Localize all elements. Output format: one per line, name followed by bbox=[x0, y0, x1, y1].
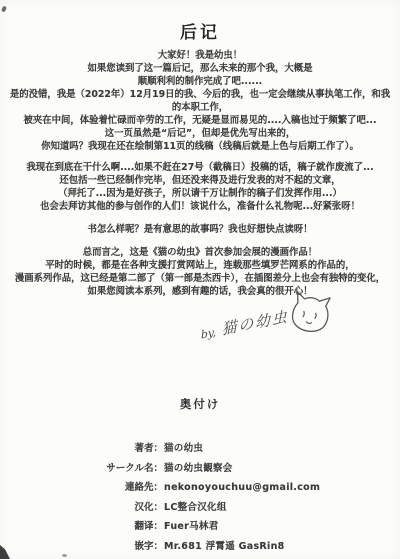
colophon-row-translator: 翻译： Fuer马林君 bbox=[0, 522, 400, 532]
afterword-line: 如果您阅读本系列，感到有趣的话，我会真的很开心！ bbox=[0, 285, 400, 298]
afterword-paragraph-4: 总而言之，这是《猫の幼虫》首次参加会展的漫画作品！ 平时的时候，都是在各种支援打… bbox=[0, 246, 400, 298]
afterword-line: 的本职工作， bbox=[0, 101, 400, 114]
afterword-line: 是的没错，我是（2022年）12月19日的我、今后的我，也一定会继续从事执笔工作… bbox=[0, 88, 400, 101]
afterword-line: 大家好！我是幼虫！ bbox=[0, 49, 400, 62]
afterword-paragraph-2: 我现在到底在干什么啊....如果不赶在27号（截稿日）投稿的话，稿子就作废流了.… bbox=[0, 161, 400, 213]
afterword-line: 我现在到底在干什么啊....如果不赶在27号（截稿日）投稿的话，稿子就作废流了.… bbox=[0, 161, 400, 174]
afterword-line: 总而言之，这是《猫の幼虫》首次参加会展的漫画作品！ bbox=[0, 246, 400, 259]
afterword-line: 如果您读到了这一篇后记，那么未来的那个我，大概是 bbox=[0, 62, 400, 75]
colophon-row-contact: 連絡先： nekonoyouchuu@gmail.com bbox=[0, 483, 400, 493]
afterword-paragraph-1: 大家好！我是幼虫！ 如果您读到了这一篇后记，那么未来的那个我，大概是 顺顺利利的… bbox=[0, 49, 400, 153]
colophon-title: 奥付け bbox=[0, 396, 400, 412]
colophon-value: LC整合汉化组 bbox=[164, 503, 227, 513]
colophon-row-author: 著者： 猫の幼虫 bbox=[0, 444, 400, 454]
colophon-value: Mr.681 浮霄遥 GasRin8 bbox=[164, 542, 285, 552]
colophon-row-typesetter: 嵌字： Mr.681 浮霄遥 GasRin8 bbox=[0, 542, 400, 552]
afterword-line: 还包括一些已经制作完毕，但还没来得及进行发表的对不起的文章， bbox=[0, 174, 400, 187]
signature: by,猫の幼虫 bbox=[0, 300, 400, 362]
afterword-line: 平时的时候，都是在各种支援打赏网站上，连载那些填罗芒网系的作品的， bbox=[0, 259, 400, 272]
afterword-line: 书怎么样呢？是有意思的故事吗？我也好想快点读呀！ bbox=[0, 223, 400, 236]
colophon-label: 嵌字： bbox=[0, 542, 163, 552]
afterword-line: 你知道吗？我现在还在绘制第11页的线稿（线稿后就是上色与后期工作了）。 bbox=[0, 140, 400, 153]
afterword-line: （拜托了...因为是好孩子，所以请千万让制作的稿子们发挥作用...） bbox=[0, 187, 400, 200]
scan-artifact-bottom bbox=[62, 554, 67, 557]
afterword-paragraph-3: 书怎么样呢？是有意思的故事吗？我也好想快点读呀！ bbox=[0, 223, 400, 236]
afterword-line: 被夹在中间，体验着忙碌而辛劳的工作，无疑是显而易见的....入稿也过于频繁了吧.… bbox=[0, 114, 400, 127]
colophon-row-circle: サークル名： 猫の幼虫観察会 bbox=[0, 464, 400, 474]
colophon-label: 汉化： bbox=[0, 503, 163, 513]
afterword-page: 后记 大家好！我是幼虫！ 如果您读到了这一篇后记，那么未来的那个我，大概是 顺顺… bbox=[0, 0, 400, 559]
colophon-value: Fuer马林君 bbox=[164, 522, 219, 532]
afterword-line: 漫画系列作品，这已经是第二部了（第一部是杰西卡），在插图差分上也会有独特的变化， bbox=[0, 272, 400, 285]
colophon-label: 連絡先： bbox=[0, 483, 163, 493]
signature-by: by, bbox=[201, 326, 217, 342]
signature-text: by,猫の幼虫 bbox=[200, 305, 289, 343]
colophon-value: 猫の幼虫観察会 bbox=[164, 464, 233, 474]
colophon-label: 翻译： bbox=[0, 522, 163, 532]
colophon-value: 猫の幼虫 bbox=[164, 444, 203, 454]
colophon-value-email: nekonoyouchuu@gmail.com bbox=[164, 483, 320, 493]
colophon-credits: 著者： 猫の幼虫 サークル名： 猫の幼虫観察会 連絡先： nekonoyouch… bbox=[0, 444, 400, 552]
signature-name: 猫の幼虫 bbox=[221, 307, 289, 338]
afterword-line: 这一页虽然是“后记”，但却是优先写出来的， bbox=[0, 127, 400, 140]
colophon-row-scanlation-group: 汉化： LC整合汉化组 bbox=[0, 503, 400, 513]
afterword-line: 也会去拜访其他的参与创作的人们！该说什么，准备什么礼物呢...好紧张呀！ bbox=[0, 200, 400, 213]
colophon-label: 著者： bbox=[0, 444, 163, 454]
afterword-line: 顺顺利利的制作完成了吧...... bbox=[0, 75, 400, 88]
cat-face-doodle bbox=[283, 289, 338, 344]
colophon-label: サークル名： bbox=[0, 464, 163, 474]
page-title: 后记 bbox=[0, 0, 400, 43]
